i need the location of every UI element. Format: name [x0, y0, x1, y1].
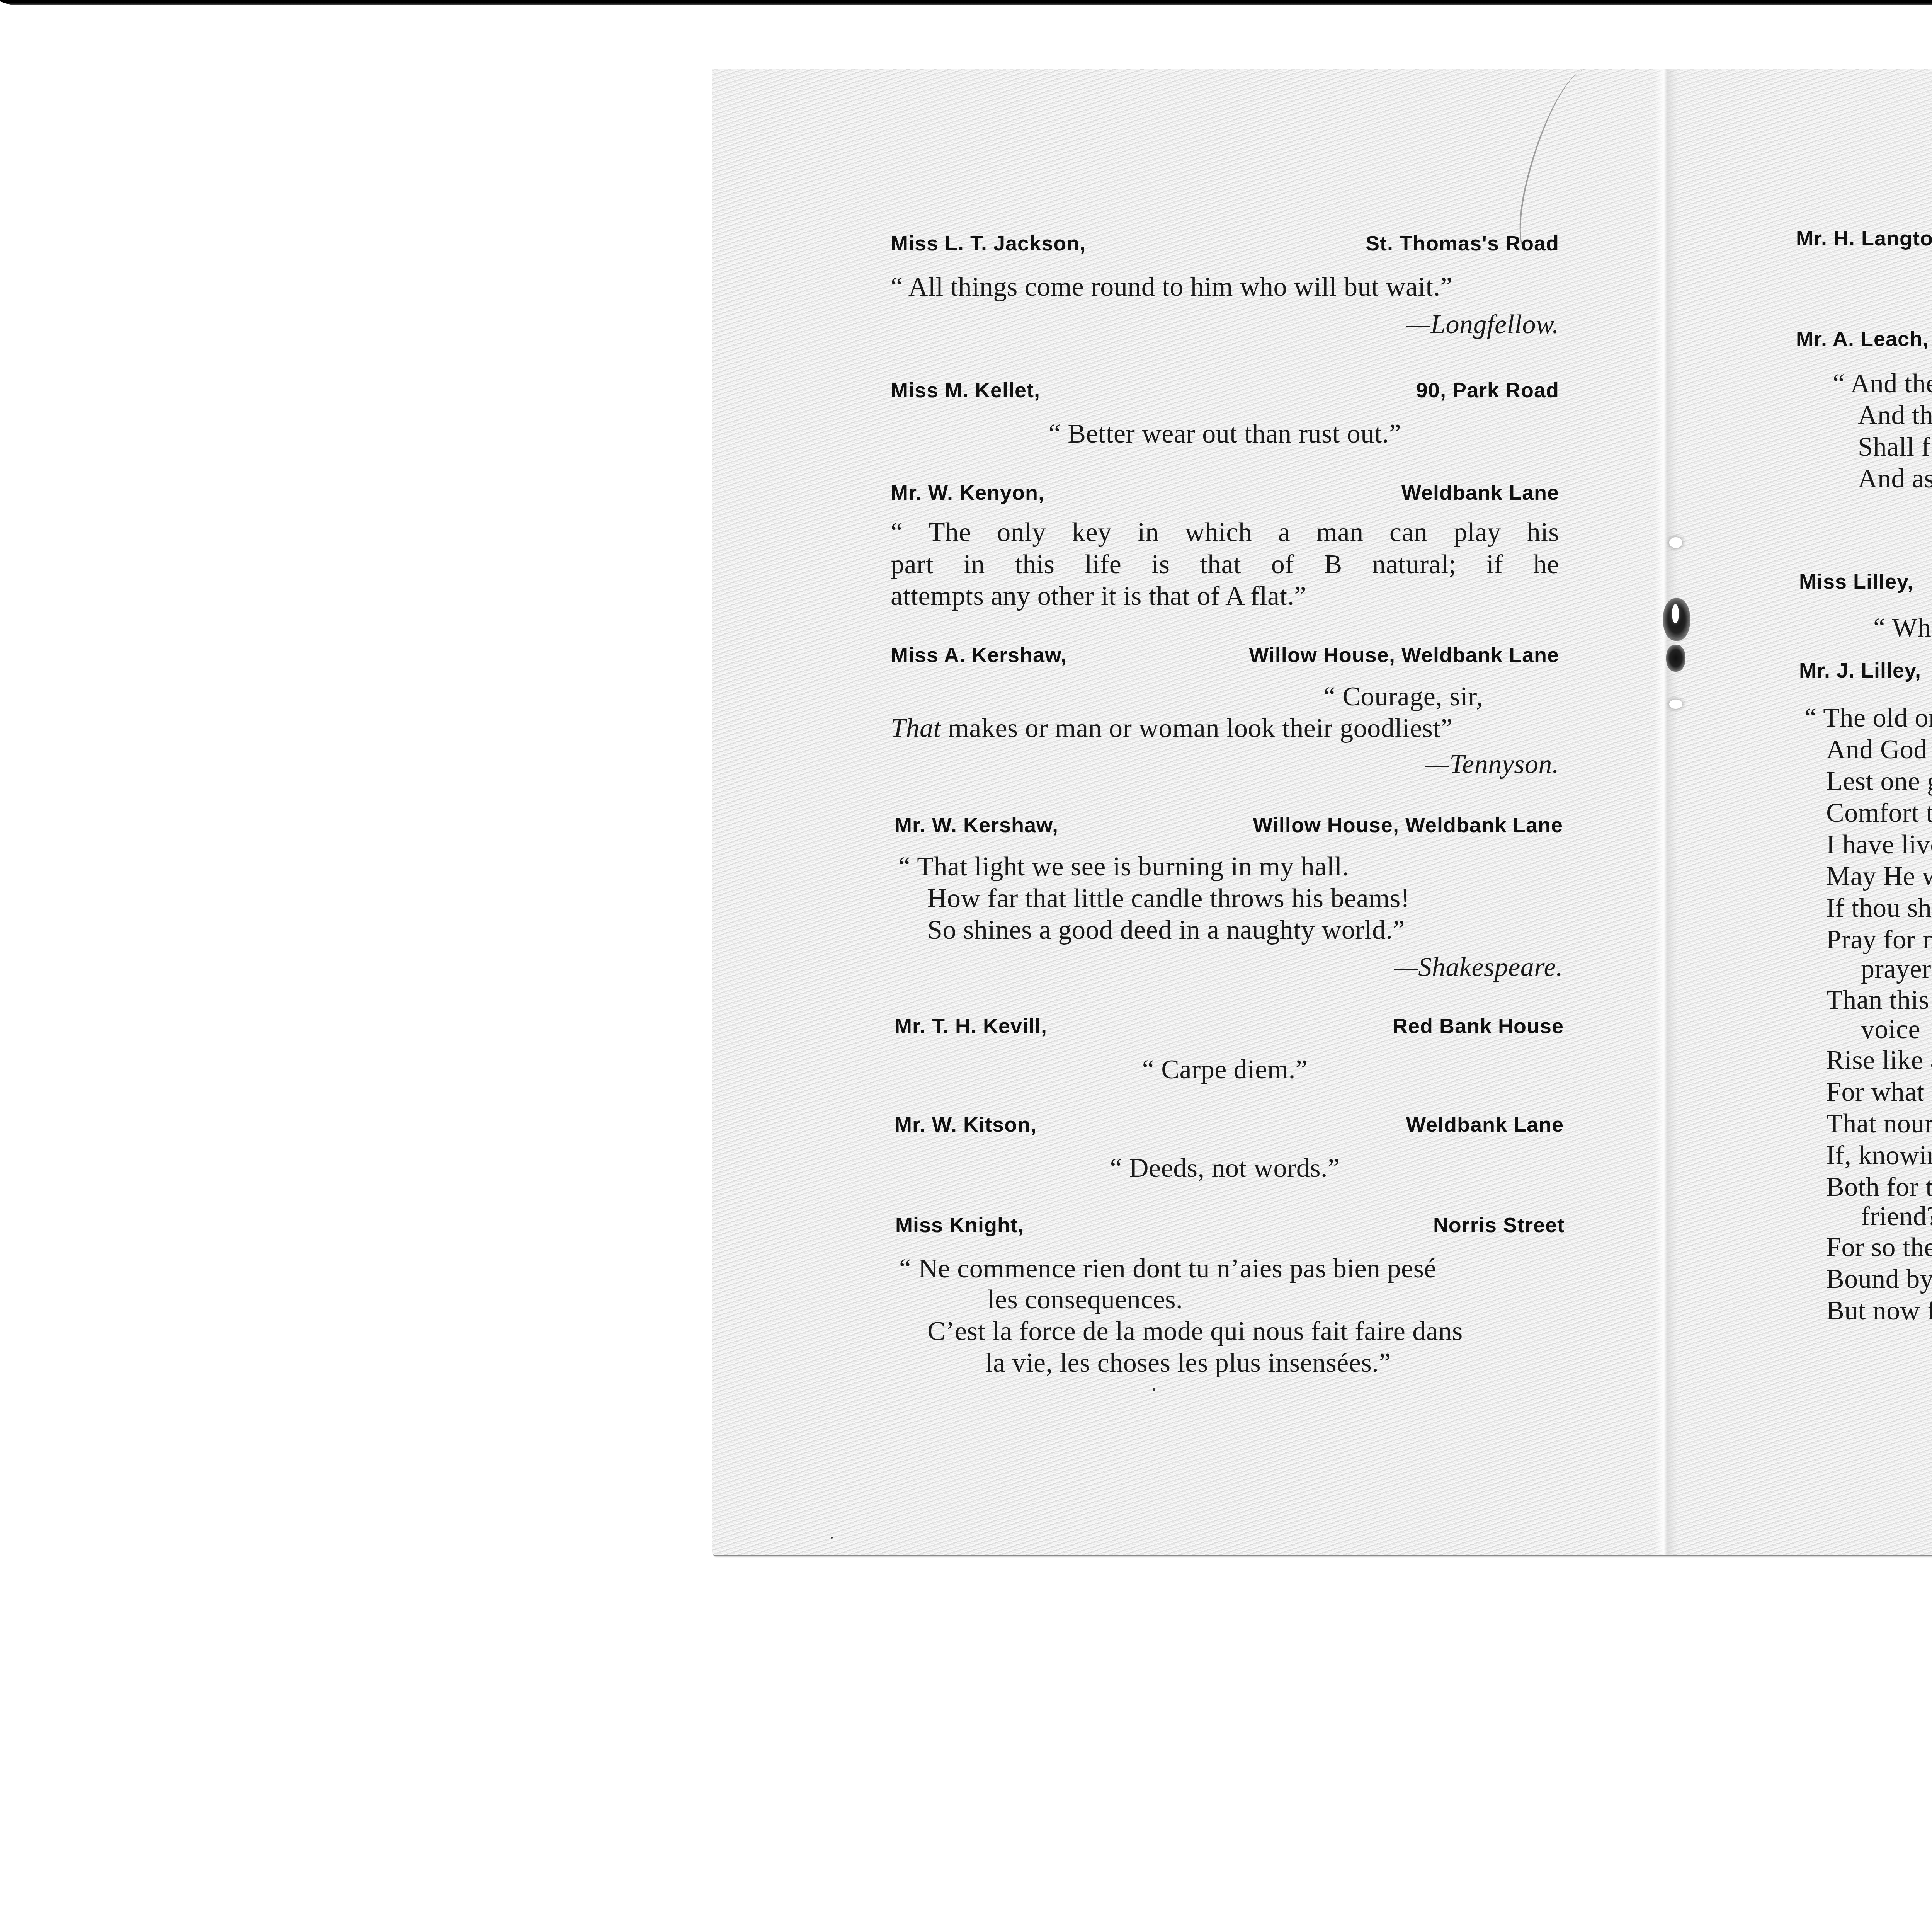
quote-line: “ Where there’s a will, there’s a way.”	[1873, 615, 1932, 642]
staple-hole-icon	[1672, 604, 1679, 623]
quote-line-wrap: prayer	[1861, 956, 1931, 983]
entry-address: Weldbank Lane	[1406, 1114, 1564, 1135]
entry-header: Miss L. T. Jackson, St. Thomas's Road	[891, 233, 1559, 254]
entry-name: Miss Knight,	[895, 1215, 1024, 1236]
quote-line: But now farewell.”	[1826, 1297, 1932, 1325]
italic-emphasis: That	[891, 713, 941, 743]
entry-header: Mr. H. Langton, Jr., Windsor Road	[1796, 228, 1932, 249]
quote-line: May He within Himself make pure! but tho…	[1826, 863, 1932, 890]
quote-line: Bound by gold chains about the feet of G…	[1826, 1266, 1932, 1293]
rust-stain-icon	[1666, 645, 1685, 672]
quote-line: Lest one good custom should corrupt the …	[1826, 768, 1932, 795]
paper-tear	[1508, 69, 1610, 254]
entry-address: St. Thomas's Road	[1366, 233, 1559, 254]
quote-line: “ Courage, sir,	[1323, 683, 1483, 710]
quote-line: “ And the night shall be filled with mus…	[1833, 370, 1932, 397]
entry-name: Miss M. Kellet,	[891, 380, 1040, 401]
quote-line: I have lived my life, and that which I h…	[1826, 831, 1932, 858]
staple-hole-icon	[1669, 537, 1682, 548]
quote-line: Both for themselves and those who call t…	[1826, 1174, 1932, 1201]
quote-line: “ The old order changeth, yielding place…	[1804, 705, 1932, 732]
entry-header: Mr. W. Kenyon, Weldbank Lane	[891, 482, 1559, 503]
entry-name: Miss Lilley,	[1799, 571, 1913, 592]
entry-header: Mr. W. Kershaw, Willow House, Weldbank L…	[895, 815, 1563, 836]
quote-attribution: —Shakespeare.	[1394, 954, 1563, 981]
quote-line: “ Ne commence rien dont tu n’aies pas bi…	[899, 1255, 1436, 1282]
booklet-spread: Miss L. T. Jackson, St. Thomas's Road “ …	[712, 69, 1932, 1555]
entry-header: Mr. J. Lilley, Southampton Road, London,…	[1799, 660, 1932, 681]
entry-header: Miss A. Kershaw, Willow House, Weldbank …	[891, 645, 1559, 666]
quote-line: “ Better wear out than rust out.”	[891, 421, 1559, 448]
entry-header: Mr. A. Leach, Netherfield, Windsor Road	[1796, 329, 1932, 349]
entry-name: Mr. W. Kitson,	[895, 1114, 1037, 1135]
quote-line: And the cares that infest the day	[1858, 402, 1932, 429]
entry-header: Miss Lilley, The School House, Weldbank	[1799, 571, 1932, 592]
entry-address: Willow House, Weldbank Lane	[1253, 815, 1563, 836]
entry-name: Mr. W. Kershaw,	[895, 815, 1058, 836]
entry-name: Mr. A. Leach,	[1796, 329, 1929, 349]
entry-address: Weldbank Lane	[1401, 482, 1559, 503]
quote-line: “ All things come round to him who will …	[891, 274, 1452, 301]
center-fold	[1655, 69, 1678, 1555]
quote-line: “ Deeds, not words.”	[891, 1155, 1559, 1182]
quote-attribution: —Tennyson.	[1425, 751, 1559, 778]
ink-speck	[831, 1537, 833, 1539]
quote-line: If, knowing God, they lift not hands of …	[1826, 1142, 1932, 1169]
entry-address: 90, Park Road	[1416, 380, 1559, 401]
quote-line: attempts any other it is that of A flat.…	[891, 583, 1306, 610]
quote-line: Rise like a fountain for me night and da…	[1826, 1047, 1932, 1074]
entry-header: Miss Knight, Norris Street	[895, 1215, 1565, 1236]
quote-line: Than this world dreams of. Wherefore let…	[1826, 987, 1932, 1014]
quote-line-wrap: friend?	[1861, 1203, 1932, 1230]
quote-line: “ That light we see is burning in my hal…	[898, 853, 1349, 880]
quote-line-wrap: voice	[1861, 1016, 1920, 1043]
entry-name: Mr. J. Lilley,	[1799, 660, 1921, 681]
entry-name: Mr. T. H. Kevill,	[895, 1016, 1047, 1037]
quote-line: And God fulfils Himself in many ways,	[1826, 736, 1932, 763]
entry-name: Miss L. T. Jackson,	[891, 233, 1086, 254]
entry-header: Mr. W. Kitson, Weldbank Lane	[895, 1114, 1564, 1135]
quote-attribution: —Longfellow.	[1406, 311, 1559, 338]
entry-header: Mr. T. H. Kevill, Red Bank House	[895, 1016, 1564, 1037]
quote-line: How far that little candle throws his be…	[927, 885, 1410, 912]
entry-name: Mr. W. Kenyon,	[891, 482, 1044, 503]
entry-header: Miss M. Kellet, 90, Park Road	[891, 380, 1559, 401]
quote-line: That nourish a blind life within the bra…	[1826, 1110, 1932, 1137]
quote-line: “ Carpe diem.”	[891, 1056, 1559, 1083]
scanner-edge-band	[0, 0, 1932, 5]
quote-line: les consequences.	[987, 1286, 1183, 1313]
entry-address: Willow House, Weldbank Lane	[1249, 645, 1559, 666]
entry-name: Miss A. Kershaw,	[891, 645, 1067, 666]
quote-line: part in this life is that of B natural; …	[891, 551, 1559, 578]
quote-line: For what are men better than sheep or go…	[1826, 1079, 1932, 1106]
quote-line: For so the whole round earth is every wa…	[1826, 1234, 1932, 1261]
quote-line-with-italic: That makes or man or woman look their go…	[891, 715, 1453, 742]
quote-line: And as silently steal away.”	[1858, 465, 1932, 492]
quote-line: Comfort thyself: what comfort is in me?	[1826, 800, 1932, 827]
quote-line-rest: makes or man or woman look their goodlie…	[948, 713, 1453, 743]
quote-line: “ The only key in which a man can play h…	[891, 519, 1559, 546]
entry-address: Norris Street	[1433, 1215, 1565, 1236]
quote-line: Shall fold their tents, like the Arabs,	[1858, 434, 1932, 461]
quote-line: Pray for my soul. More things are wrough…	[1826, 926, 1932, 953]
quote-line: C’est la force de la mode qui nous fait …	[927, 1318, 1463, 1345]
quote-line: If thou shouldst never see my face again…	[1826, 895, 1932, 922]
quote-line: la vie, les choses les plus insensées.”	[985, 1350, 1391, 1377]
entry-address: Red Bank House	[1393, 1016, 1564, 1037]
entry-name: Mr. H. Langton, Jr.,	[1796, 228, 1932, 249]
ink-speck	[1153, 1388, 1155, 1391]
quote-line: So shines a good deed in a naughty world…	[927, 917, 1405, 944]
staple-hole-icon	[1669, 700, 1682, 709]
